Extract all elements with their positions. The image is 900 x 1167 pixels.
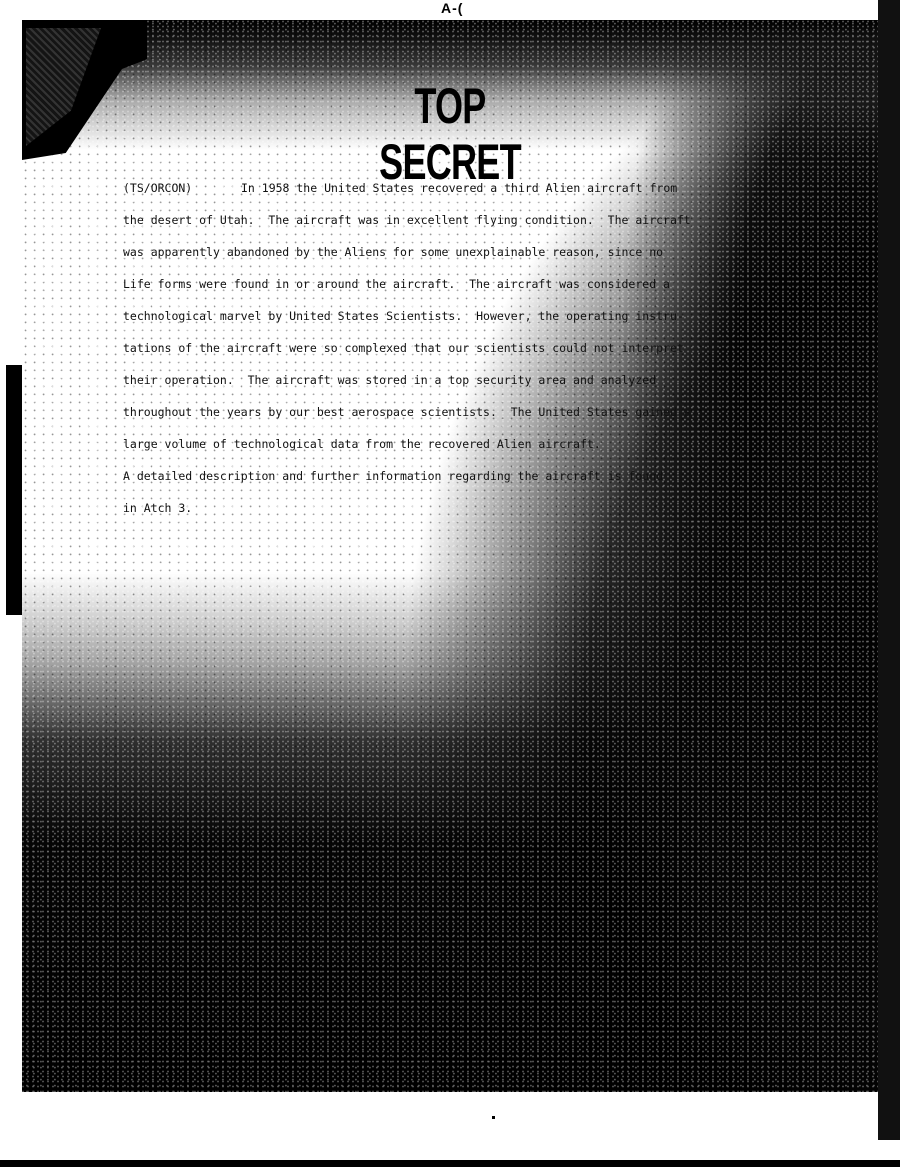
paragraph-line: A detailed description and further infor… xyxy=(123,466,883,498)
paragraph-line: their operation. The aircraft was stored… xyxy=(123,370,883,402)
left-margin-bar xyxy=(6,365,22,615)
document-paragraph: (TS/ORCON)In 1958 the United States reco… xyxy=(123,178,883,530)
page-number-mark: A-( xyxy=(441,0,463,16)
paragraph-line: the desert of Utah. The aircraft was in … xyxy=(123,210,883,242)
paragraph-line: throughout the years by our best aerospa… xyxy=(123,402,883,434)
paragraph-line: technological marvel by United States Sc… xyxy=(123,306,883,338)
bottom-scan-edge xyxy=(0,1160,900,1167)
paragraph-line: in Atch 3. xyxy=(123,498,883,530)
paragraph-line: Life forms were found in or around the a… xyxy=(123,274,883,306)
paragraph-line: tations of the aircraft were so complexe… xyxy=(123,338,883,370)
classification-marking: (TS/ORCON) xyxy=(123,178,241,198)
paragraph-line: was apparently abandoned by the Aliens f… xyxy=(123,242,883,274)
folded-corner-shadow xyxy=(22,20,147,160)
scan-speck xyxy=(492,1116,495,1119)
paragraph-line: large volume of technological data from … xyxy=(123,434,883,466)
classification-heading: TOP SECRET xyxy=(371,78,529,190)
right-scan-strip xyxy=(878,0,900,1140)
